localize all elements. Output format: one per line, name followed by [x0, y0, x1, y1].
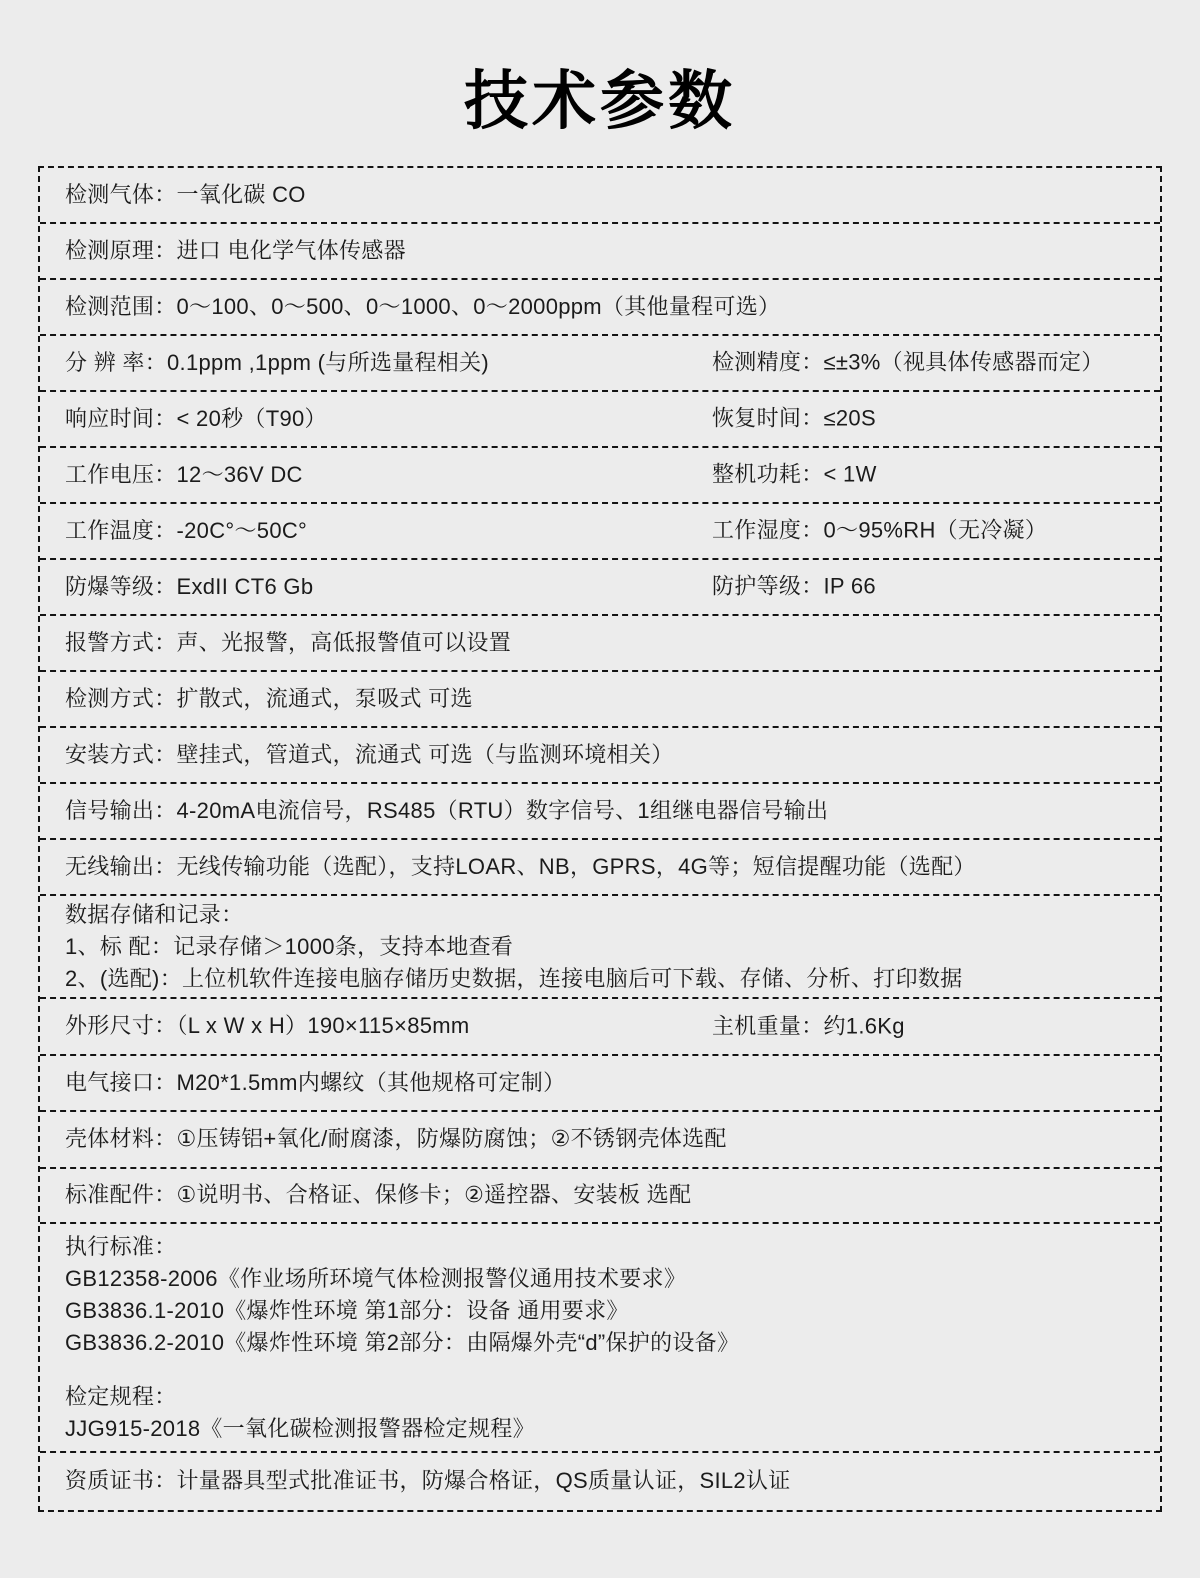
spec-line-standards: 检定规程：: [65, 1381, 177, 1413]
spec-text-detection-mode: 检测方式：扩散式，流通式，泵吸式 可选: [65, 685, 473, 714]
spec-row-resolution-accuracy: 分 辨 率：0.1ppm ,1ppm (与所选量程相关)检测精度：≤±3%（视具…: [40, 336, 1160, 392]
spec-row-explosion-ip-grade: 防爆等级：ExdII CT6 Gb防护等级：IP 66: [40, 560, 1160, 616]
spec-text-housing-material: 壳体材料：①压铸铝+氧化/耐腐漆，防爆防腐蚀；②不锈钢壳体选配: [65, 1125, 727, 1154]
spec-row-dimensions-weight: 外形尺寸：（L x W x H）190×115×85mm主机重量：约1.6Kg: [40, 999, 1160, 1056]
spec-row-detection-mode: 检测方式：扩散式，流通式，泵吸式 可选: [40, 672, 1160, 728]
spec-line-data-storage: 2、(选配)：上位机软件连接电脑存储历史数据，连接电脑后可下载、存储、分析、打印…: [65, 963, 963, 995]
spec-row-standard-accessories: 标准配件：①说明书、合格证、保修卡；②遥控器、安装板 选配: [40, 1169, 1160, 1224]
spec-text-wireless-output: 无线输出：无线传输功能（选配），支持LOAR、NB，GPRS，4G等；短信提醒功…: [65, 853, 976, 882]
spec-row-electrical-interface: 电气接口：M20*1.5mm内螺纹（其他规格可定制）: [40, 1056, 1160, 1112]
spec-line-standards: GB3836.2-2010《爆炸性环境 第2部分：由隔爆外壳“d”保护的设备》: [65, 1327, 739, 1359]
spec-line-standards: 执行标准：: [65, 1231, 177, 1263]
spec-line-data-storage: 1、标 配：记录存储＞1000条，支持本地查看: [65, 931, 513, 963]
spec-text-response-recovery-col2: 恢复时间：≤20S: [712, 405, 876, 434]
spec-text-installation-mode: 安装方式：壁挂式，管道式，流通式 可选（与监测环境相关）: [65, 741, 674, 770]
spec-text-gas: 检测气体：一氧化碳 CO: [65, 181, 306, 210]
spec-text-voltage-power-col2: 整机功耗：< 1W: [712, 461, 877, 490]
spec-row-gas: 检测气体：一氧化碳 CO: [40, 168, 1160, 224]
spec-text-signal-output: 信号输出：4-20mA电流信号，RS485（RTU）数字信号、1组继电器信号输出: [65, 797, 828, 826]
spec-line-standards: JJG915-2018《一氧化碳检测报警器检定规程》: [65, 1413, 535, 1445]
spec-text-response-recovery: 响应时间：< 20秒（T90）: [65, 405, 327, 434]
spec-row-temperature-humidity: 工作温度：-20C°～50C°工作湿度：0～95%RH（无冷凝）: [40, 504, 1160, 560]
page: { "page": { "title": "技术参数", "background…: [0, 0, 1200, 1578]
spec-table: 检测气体：一氧化碳 CO检测原理：进口 电化学气体传感器检测范围：0～100、0…: [38, 166, 1162, 1512]
spec-text-electrical-interface: 电气接口：M20*1.5mm内螺纹（其他规格可定制）: [65, 1069, 565, 1098]
spec-row-voltage-power: 工作电压：12～36V DC整机功耗：< 1W: [40, 448, 1160, 504]
spec-text-temperature-humidity-col2: 工作湿度：0～95%RH（无冷凝）: [712, 517, 1047, 546]
spec-text-dimensions-weight-col2: 主机重量：约1.6Kg: [712, 1012, 905, 1041]
spec-text-resolution-accuracy: 分 辨 率：0.1ppm ,1ppm (与所选量程相关): [65, 349, 489, 378]
spec-row-wireless-output: 无线输出：无线传输功能（选配），支持LOAR、NB，GPRS，4G等；短信提醒功…: [40, 840, 1160, 896]
spec-row-alarm-mode: 报警方式：声、光报警，高低报警值可以设置: [40, 616, 1160, 672]
spec-row-certificates: 资质证书：计量器具型式批准证书，防爆合格证，QS质量认证，SIL2认证: [40, 1453, 1160, 1510]
spec-text-range: 检测范围：0～100、0～500、0～1000、0～2000ppm（其他量程可选…: [65, 293, 780, 322]
page-title: 技术参数: [0, 50, 1200, 142]
spec-row-installation-mode: 安装方式：壁挂式，管道式，流通式 可选（与监测环境相关）: [40, 728, 1160, 784]
spec-row-principle: 检测原理：进口 电化学气体传感器: [40, 224, 1160, 280]
spec-text-certificates: 资质证书：计量器具型式批准证书，防爆合格证，QS质量认证，SIL2认证: [65, 1467, 791, 1496]
spec-row-housing-material: 壳体材料：①压铸铝+氧化/耐腐漆，防爆防腐蚀；②不锈钢壳体选配: [40, 1112, 1160, 1169]
spec-text-dimensions-weight: 外形尺寸：（L x W x H）190×115×85mm: [65, 1012, 470, 1041]
spec-row-response-recovery: 响应时间：< 20秒（T90）恢复时间：≤20S: [40, 392, 1160, 448]
spec-text-alarm-mode: 报警方式：声、光报警，高低报警值可以设置: [65, 629, 511, 658]
spec-text-voltage-power: 工作电压：12～36V DC: [65, 461, 303, 490]
spec-row-signal-output: 信号输出：4-20mA电流信号，RS485（RTU）数字信号、1组继电器信号输出: [40, 784, 1160, 840]
spec-row-data-storage: 数据存储和记录：1、标 配：记录存储＞1000条，支持本地查看2、(选配)：上位…: [40, 896, 1160, 999]
spec-text-explosion-ip-grade: 防爆等级：ExdII CT6 Gb: [65, 573, 313, 602]
spec-text-principle: 检测原理：进口 电化学气体传感器: [65, 237, 406, 266]
spec-row-standards: 执行标准：GB12358-2006《作业场所环境气体检测报警仪通用技术要求》GB…: [40, 1224, 1160, 1453]
spec-text-standard-accessories: 标准配件：①说明书、合格证、保修卡；②遥控器、安装板 选配: [65, 1181, 691, 1210]
spec-text-explosion-ip-grade-col2: 防护等级：IP 66: [712, 573, 876, 602]
spec-line-standards: GB12358-2006《作业场所环境气体检测报警仪通用技术要求》: [65, 1263, 686, 1295]
spec-text-temperature-humidity: 工作温度：-20C°～50C°: [65, 517, 307, 546]
spec-line-standards: GB3836.1-2010《爆炸性环境 第1部分：设备 通用要求》: [65, 1295, 629, 1327]
spec-text-resolution-accuracy-col2: 检测精度：≤±3%（视具体传感器而定）: [712, 349, 1104, 378]
spec-row-range: 检测范围：0～100、0～500、0～1000、0～2000ppm（其他量程可选…: [40, 280, 1160, 336]
spec-line-data-storage: 数据存储和记录：: [65, 899, 243, 931]
